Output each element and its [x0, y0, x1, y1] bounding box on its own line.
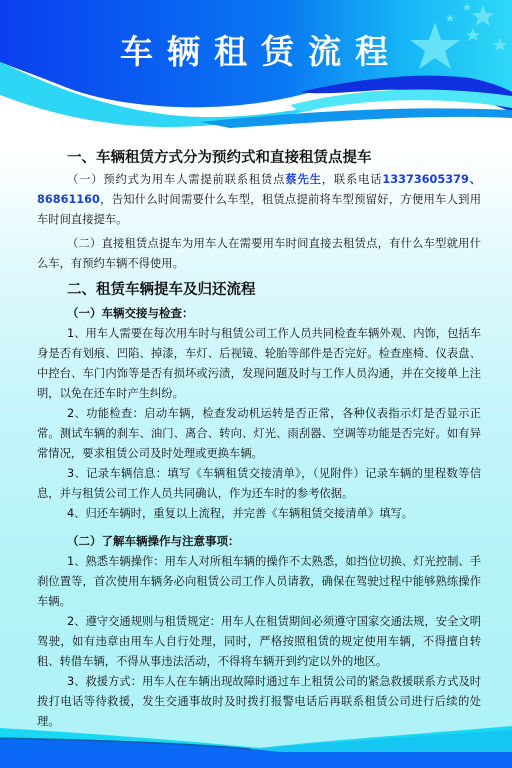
list-item: 4、归还车辆时，重复以上流程，并完善《车辆租赁交接清单》填写。 [37, 504, 481, 524]
reservation-text-post: ，告知什么时间需要什么车型，租赁点提前将车型预留好，方便用车人到用车时间直接提车… [37, 193, 481, 226]
list-item: 2、遵守交通规则与租赁规定：用车人在租赁期间必须遵守国家交通法规，安全文明驾驶，… [37, 612, 481, 672]
phone-separator: 、 [469, 173, 481, 186]
list-item: 1、熟悉车辆操作：用车人对所租车辆的操作不太熟悉，如挡位切换、灯光控制、手刹位置… [37, 552, 481, 612]
section-heading-pickup-return: 二、租赁车辆提车及归还流程 [37, 278, 481, 302]
section-heading-rental-methods: 一、车辆租赁方式分为预约式和直接租赁点提车 [37, 146, 481, 170]
page-title: 车辆租赁流程 [0, 26, 512, 73]
reservation-text-pre: （一）预约式为用车人需提前联系租赁点 [67, 173, 285, 186]
footer-wave-decoration [0, 700, 512, 768]
paragraph-reservation: （一）预约式为用车人需提前联系租赁点蔡先生，联系电话13373605379、86… [37, 170, 481, 230]
footer-banner [0, 700, 512, 768]
list-item: 3、记录车辆信息：填写《车辆租赁交接清单》，（见附件）记录车辆的里程数等信息，并… [37, 464, 481, 504]
document-body: 一、车辆租赁方式分为预约式和直接租赁点提车 （一）预约式为用车人需提前联系租赁点… [37, 146, 481, 732]
contact-name: 蔡先生 [285, 173, 321, 186]
list-item: 1、用车人需要在每次用车时与租赁公司工作人员共同检查车辆外观、内饰，包括车身是否… [37, 324, 481, 404]
contact-phone-mobile: 13373605379 [382, 173, 468, 186]
subheading-handover-inspection: （一）车辆交接与检查： [37, 302, 481, 324]
list-item: 2、功能检查：启动车辆，检查发动机运转是否正常，各种仪表指示灯是否显示正常。测试… [37, 404, 481, 464]
reservation-text-mid: ，联系电话 [322, 173, 383, 186]
paragraph-direct-pickup: （二）直接租赁点提车为用车人在需要用车时间直接去租赁点，有什么车型就用什么车，有… [37, 234, 481, 274]
header-banner: 车辆租赁流程 [0, 0, 512, 140]
subheading-operation-notes: （二）了解车辆操作与注意事项： [37, 530, 481, 552]
contact-phone-landline: 86861160 [37, 193, 100, 206]
